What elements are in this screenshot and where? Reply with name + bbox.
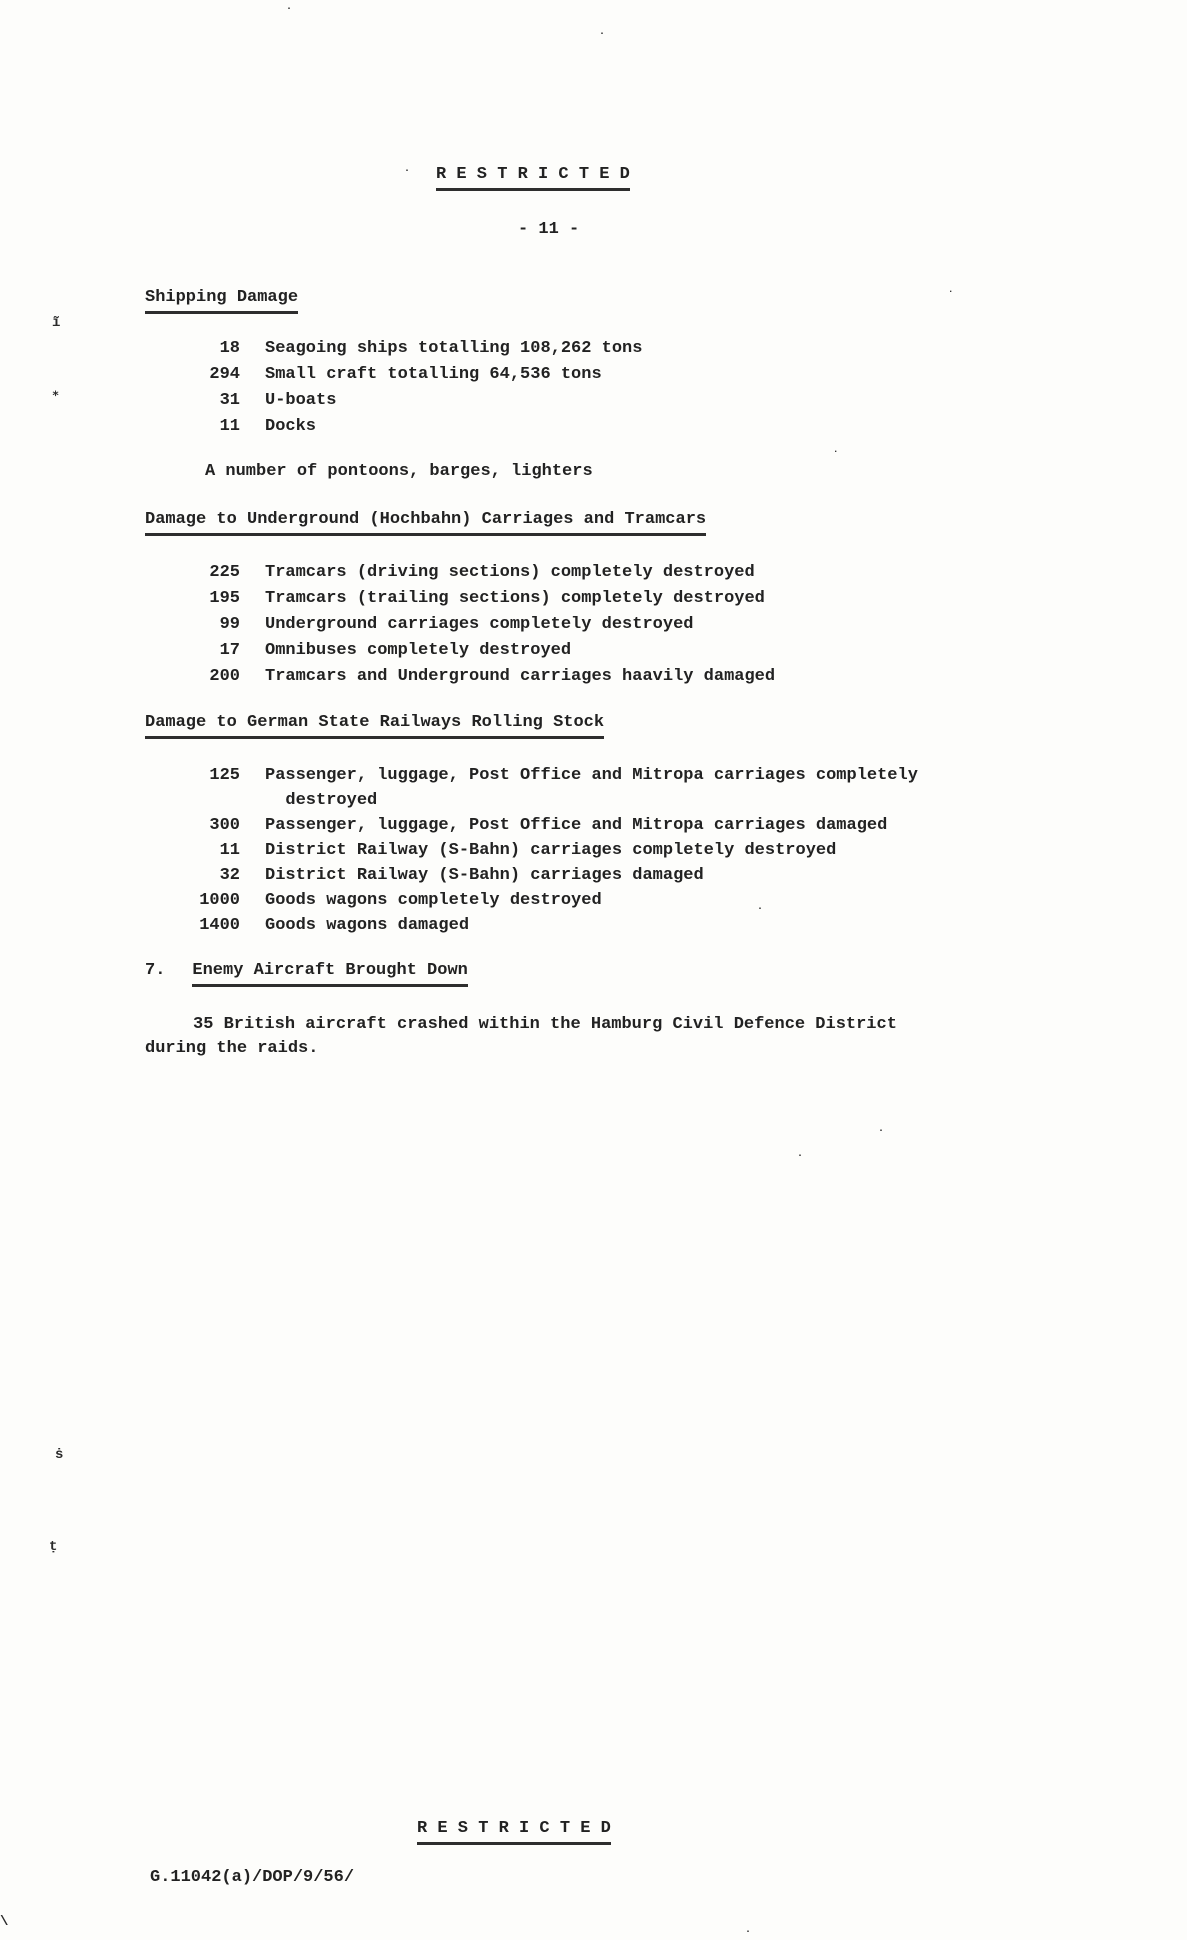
scan-artifact: \ [0, 1915, 8, 1929]
damage-quantity: 11 [145, 838, 240, 863]
railways-damage-list: 125 Passenger, luggage, Post Office and … [145, 763, 918, 938]
scan-artifact: · [833, 448, 838, 457]
damage-description: Tramcars (driving sections) completely d… [265, 560, 755, 586]
damage-description: Docks [265, 414, 316, 440]
damage-list-row: 99 Underground carriages completely dest… [145, 612, 775, 638]
damage-quantity: 1400 [145, 913, 240, 938]
classification-footer-text: R E S T R I C T E D [417, 1819, 611, 1845]
section-number: 7. [145, 961, 165, 981]
damage-list-row: 1000 Goods wagons completely destroyed [145, 888, 918, 913]
damage-quantity: 195 [145, 586, 240, 612]
damage-list-row: 32 District Railway (S-Bahn) carriages d… [145, 863, 918, 888]
scan-artifact: ṡ [55, 1448, 63, 1462]
damage-quantity: 125 [145, 763, 240, 788]
damage-description: Goods wagons completely destroyed [265, 888, 602, 913]
damage-description: District Railway (S-Bahn) carriages comp… [265, 838, 836, 863]
damage-description: Small craft totalling 64,536 tons [265, 362, 602, 388]
aircraft-paragraph: 35 British aircraft crashed within the H… [145, 1013, 1095, 1061]
damage-description: Underground carriages completely destroy… [265, 612, 693, 638]
damage-quantity: 225 [145, 560, 240, 586]
damage-list-row: 225 Tramcars (driving sections) complete… [145, 560, 775, 586]
scan-artifact: . [745, 1926, 751, 1936]
scan-artifact: · [286, 5, 292, 15]
section-heading-railways-text: Damage to German State Railways Rolling … [145, 713, 604, 739]
scan-artifact: · [599, 30, 605, 40]
damage-quantity: 31 [145, 388, 240, 414]
shipping-note: A number of pontoons, barges, lighters [205, 461, 593, 482]
damage-list-row: 200 Tramcars and Underground carriages h… [145, 664, 775, 690]
scan-artifact: · [797, 1152, 803, 1162]
classification-header: R E S T R I C T E D [436, 165, 630, 191]
damage-list-row: 300 Passenger, luggage, Post Office and … [145, 813, 918, 838]
section-heading-aircraft-text: Enemy Aircraft Brought Down [192, 961, 467, 987]
damage-list-row: 11 District Railway (S-Bahn) carriages c… [145, 838, 918, 863]
damage-description: Goods wagons damaged [265, 913, 469, 938]
section-heading-shipping-text: Shipping Damage [145, 288, 298, 314]
damage-quantity: 200 [145, 664, 240, 690]
section-heading-shipping: Shipping Damage [145, 288, 298, 314]
damage-quantity: 17 [145, 638, 240, 664]
damage-quantity: 294 [145, 362, 240, 388]
document-page: R E S T R I C T E D - 11 - Shipping Dama… [0, 0, 1187, 1940]
damage-quantity: 99 [145, 612, 240, 638]
page-number: - 11 - [518, 219, 579, 240]
scan-artifact: ṭ [49, 1540, 57, 1554]
damage-quantity: 300 [145, 813, 240, 838]
damage-description: Passenger, luggage, Post Office and Mitr… [265, 763, 918, 813]
damage-description: U-boats [265, 388, 336, 414]
section-aircraft: 7. Enemy Aircraft Brought Down [145, 961, 468, 987]
damage-quantity: 1000 [145, 888, 240, 913]
damage-list-row: 18 Seagoing ships totalling 108,262 tons [145, 336, 642, 362]
damage-quantity: 32 [145, 863, 240, 888]
section-heading-underground-text: Damage to Underground (Hochbahn) Carriag… [145, 510, 706, 536]
classification-footer: R E S T R I C T E D [417, 1819, 611, 1845]
classification-header-text: R E S T R I C T E D [436, 165, 630, 191]
scan-artifact: ĩ [52, 316, 60, 330]
section-heading-railways: Damage to German State Railways Rolling … [145, 713, 604, 739]
damage-description: Tramcars (trailing sections) completely … [265, 586, 765, 612]
damage-list-row: 195 Tramcars (trailing sections) complet… [145, 586, 775, 612]
damage-list-row: 1400 Goods wagons damaged [145, 913, 918, 938]
scan-artifact: ∗ [52, 388, 59, 400]
damage-description: Omnibuses completely destroyed [265, 638, 571, 664]
damage-description: Tramcars and Underground carriages haavi… [265, 664, 775, 690]
damage-list-row: 294 Small craft totalling 64,536 tons [145, 362, 642, 388]
damage-quantity: 11 [145, 414, 240, 440]
scan-artifact: . [404, 165, 410, 175]
damage-list-row: 17 Omnibuses completely destroyed [145, 638, 775, 664]
underground-damage-list: 225 Tramcars (driving sections) complete… [145, 560, 775, 690]
damage-description: Passenger, luggage, Post Office and Mitr… [265, 813, 887, 838]
damage-description: District Railway (S-Bahn) carriages dama… [265, 863, 704, 888]
scan-artifact: · [948, 288, 953, 297]
section-heading-underground: Damage to Underground (Hochbahn) Carriag… [145, 510, 706, 536]
damage-list-row: 31 U-boats [145, 388, 642, 414]
document-reference: G.11042(a)/DOP/9/56/ [150, 1867, 354, 1888]
shipping-damage-list: 18 Seagoing ships totalling 108,262 tons… [145, 336, 642, 440]
scan-artifact: · [757, 905, 763, 915]
damage-list-row: 11 Docks [145, 414, 642, 440]
damage-description: Seagoing ships totalling 108,262 tons [265, 336, 642, 362]
damage-quantity: 18 [145, 336, 240, 362]
scan-artifact: . [878, 1125, 884, 1135]
damage-list-row: 125 Passenger, luggage, Post Office and … [145, 763, 918, 813]
